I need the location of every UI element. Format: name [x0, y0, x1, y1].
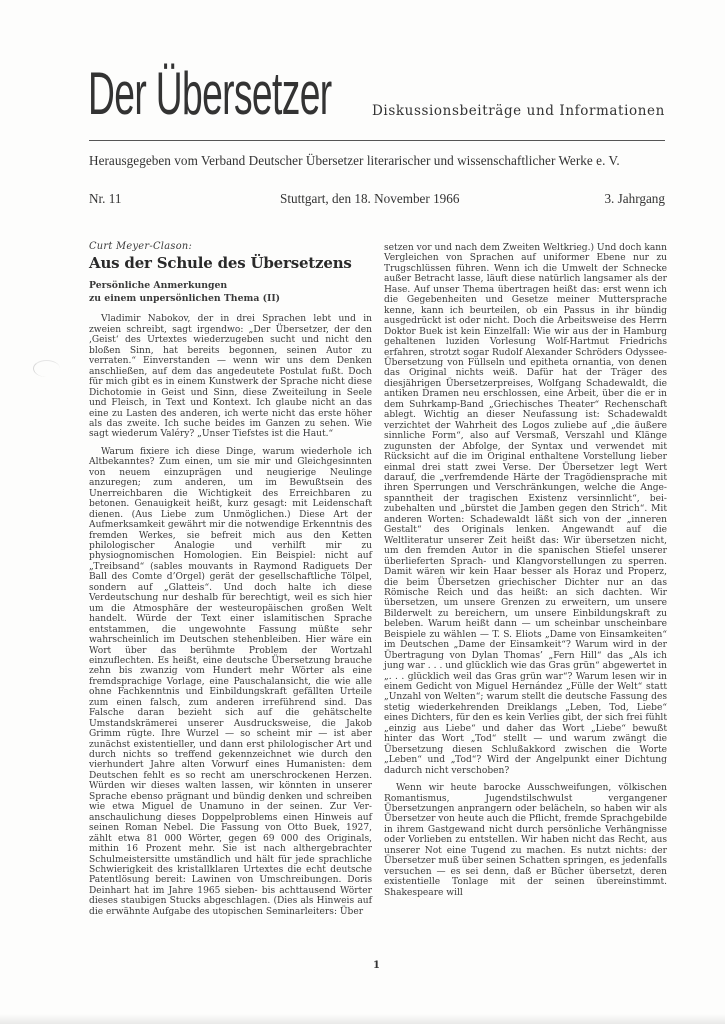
body-paragraph: Wenn wir heute barocke Ausschweifungen, … — [384, 783, 667, 898]
article-right-column: setzen vor und nach dem Zweiten Weltkrie… — [384, 243, 667, 905]
body-paragraph: Vladimir Nabokov, der in drei Sprachen l… — [89, 314, 372, 439]
issue-number: Nr. 11 — [89, 191, 121, 207]
volume-label: 3. Jahrgang — [604, 191, 665, 207]
publisher-line: Herausgegeben vom Verband Deutscher Über… — [89, 153, 665, 169]
page-number: 1 — [373, 960, 380, 971]
masthead-subtitle: Diskussionsbeiträge und Informationen — [372, 103, 665, 119]
article-title: Aus der Schule des Übersetzens — [89, 255, 372, 272]
article-left-column: Curt Meyer-Clason: Aus der Schule des Üb… — [89, 242, 372, 924]
masthead-title: Der Übersetzer — [88, 64, 332, 124]
body-paragraph: setzen vor und nach dem Zweiten Weltkrie… — [384, 243, 667, 776]
punch-hole-mark — [33, 360, 60, 377]
body-paragraph: Warum fixiere ich diese Dinge, warum wie… — [89, 447, 372, 917]
issue-info-row: Nr. 11 Stuttgart, den 18. November 1966 … — [89, 191, 665, 207]
issue-date: Stuttgart, den 18. November 1966 — [280, 191, 459, 207]
document-page: Der Übersetzer Diskussionsbeiträge und I… — [0, 0, 725, 1024]
article-subtitle-line: Persönliche Anmerkungen — [89, 279, 372, 292]
article-author: Curt Meyer-Clason: — [89, 242, 372, 252]
masthead-divider — [89, 140, 665, 141]
article-subtitle-line: zu einem unpersönlichen Thema (II) — [89, 292, 372, 305]
article-subtitle: Persönliche Anmerkungen zu einem unpersö… — [89, 279, 372, 305]
page-edge-shadow — [0, 1014, 725, 1024]
